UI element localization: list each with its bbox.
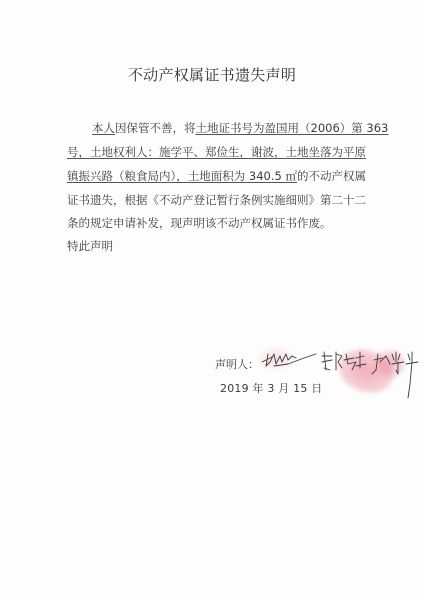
body-line-1: 本人因保管不善，将土地证书号为盈国用（2006）第 363 (92, 121, 388, 135)
body-text-underlined: 本人 (92, 121, 115, 135)
body-text-underlined: 号，土地权利人：施学平、郑俭生，谢波，土地坐落为平原 (67, 145, 366, 159)
body-line-3: 镇振兴路（粮食局内），土地面积为 340.5 ㎡的不动产权属 (67, 169, 366, 183)
body-line-2: 号，土地权利人：施学平、郑俭生，谢波，土地坐落为平原 (67, 145, 366, 159)
document-title: 不动产权属证书遗失声明 (0, 64, 424, 85)
closing-statement: 特此声明 (67, 239, 113, 253)
body-text-underlined: 镇振兴路（粮食局内），土地面积为 340.5 ㎡ (67, 169, 297, 183)
body-text: 因保管不善，将 (115, 121, 196, 135)
body-text-underlined: 土地证书号为盈国用（2006）第 363 (196, 121, 389, 135)
body-line-4: 证书遗失，根据《不动产登记暂行条例实施细则》第二十二 (67, 193, 366, 207)
body-text: 的不动产权属 (297, 169, 366, 183)
declaration-date: 2019 年 3 月 15 日 (220, 380, 322, 396)
document-page: 不动产权属证书遗失声明 本人因保管不善，将土地证书号为盈国用（2006）第 36… (0, 0, 424, 600)
body-line-5: 条的规定申请补发，现声明该不动产权属证书作废。 (67, 216, 332, 230)
